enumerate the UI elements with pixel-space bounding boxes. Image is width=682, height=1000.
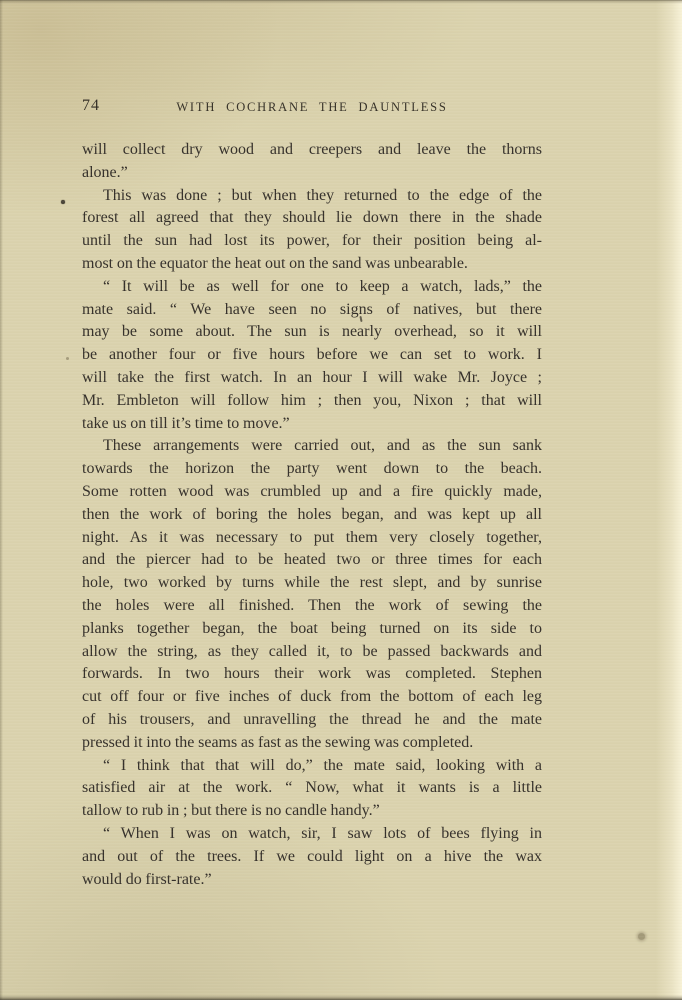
book-page: 74 WITH COCHRANE THE DAUNTLESS will coll… — [0, 0, 682, 1000]
text-line: These arrangements were carried out, and… — [82, 435, 542, 458]
text-line: Mr. Embleton will follow him ; then you,… — [82, 390, 542, 413]
ink-speck — [66, 357, 69, 360]
text-line: be another four or five hours before we … — [82, 344, 542, 367]
text-line: will take the first watch. In an hour I … — [82, 367, 542, 390]
text-line: most on the equator the heat out on the … — [82, 253, 542, 276]
text-line: of his trousers, and unravelling the thr… — [82, 709, 542, 732]
text-line: take us on till it’s time to move.” — [82, 413, 542, 436]
text-line: satisfied air at the work. “ Now, what i… — [82, 777, 542, 800]
text-line: pressed it into the seams as fast as the… — [82, 732, 542, 755]
text-line: may be some about. The sun is nearly ove… — [82, 321, 542, 344]
text-line: allow the string, as they called it, to … — [82, 641, 542, 664]
text-line: night. As it was necessary to put them v… — [82, 527, 542, 550]
text-line: mate said. “ We have seen no signs of na… — [82, 299, 542, 322]
text-block: will collect dry wood and creepers and l… — [82, 139, 542, 891]
text-line: will collect dry wood and creepers and l… — [82, 139, 542, 162]
text-line: alone.” — [82, 162, 542, 185]
text-line: the holes were all finished. Then the wo… — [82, 595, 542, 618]
page-number: 74 — [82, 97, 100, 115]
text-line: planks together began, the boat being tu… — [82, 618, 542, 641]
text-line: This was done ; but when they returned t… — [82, 185, 542, 208]
text-line: cut off four or five inches of duck from… — [82, 686, 542, 709]
ink-speck — [638, 933, 645, 940]
text-line: forest all agreed that they should lie d… — [82, 207, 542, 230]
ink-speck — [61, 200, 65, 204]
text-line: until the sun had lost its power, for th… — [82, 230, 542, 253]
text-line: then the work of boring the holes began,… — [82, 504, 542, 527]
text-line: towards the horizon the party went down … — [82, 458, 542, 481]
page-header: 74 WITH COCHRANE THE DAUNTLESS — [0, 97, 682, 119]
text-line: forwards. In two hours their work was co… — [82, 663, 542, 686]
text-line: tallow to rub in ; but there is no candl… — [82, 800, 542, 823]
text-line: “ I think that that will do,” the mate s… — [82, 755, 542, 778]
text-line: hole, two worked by turns while the rest… — [82, 572, 542, 595]
text-line: and out of the trees. If we could light … — [82, 846, 542, 869]
text-line: “ It will be as well for one to keep a w… — [82, 276, 542, 299]
text-line: Some rotten wood was crumbled up and a f… — [82, 481, 542, 504]
text-line: and the piercer had to be heated two or … — [82, 549, 542, 572]
text-line: would do first-rate.” — [82, 869, 542, 892]
running-title: WITH COCHRANE THE DAUNTLESS — [176, 100, 447, 115]
text-line: “ When I was on watch, sir, I saw lots o… — [82, 823, 542, 846]
